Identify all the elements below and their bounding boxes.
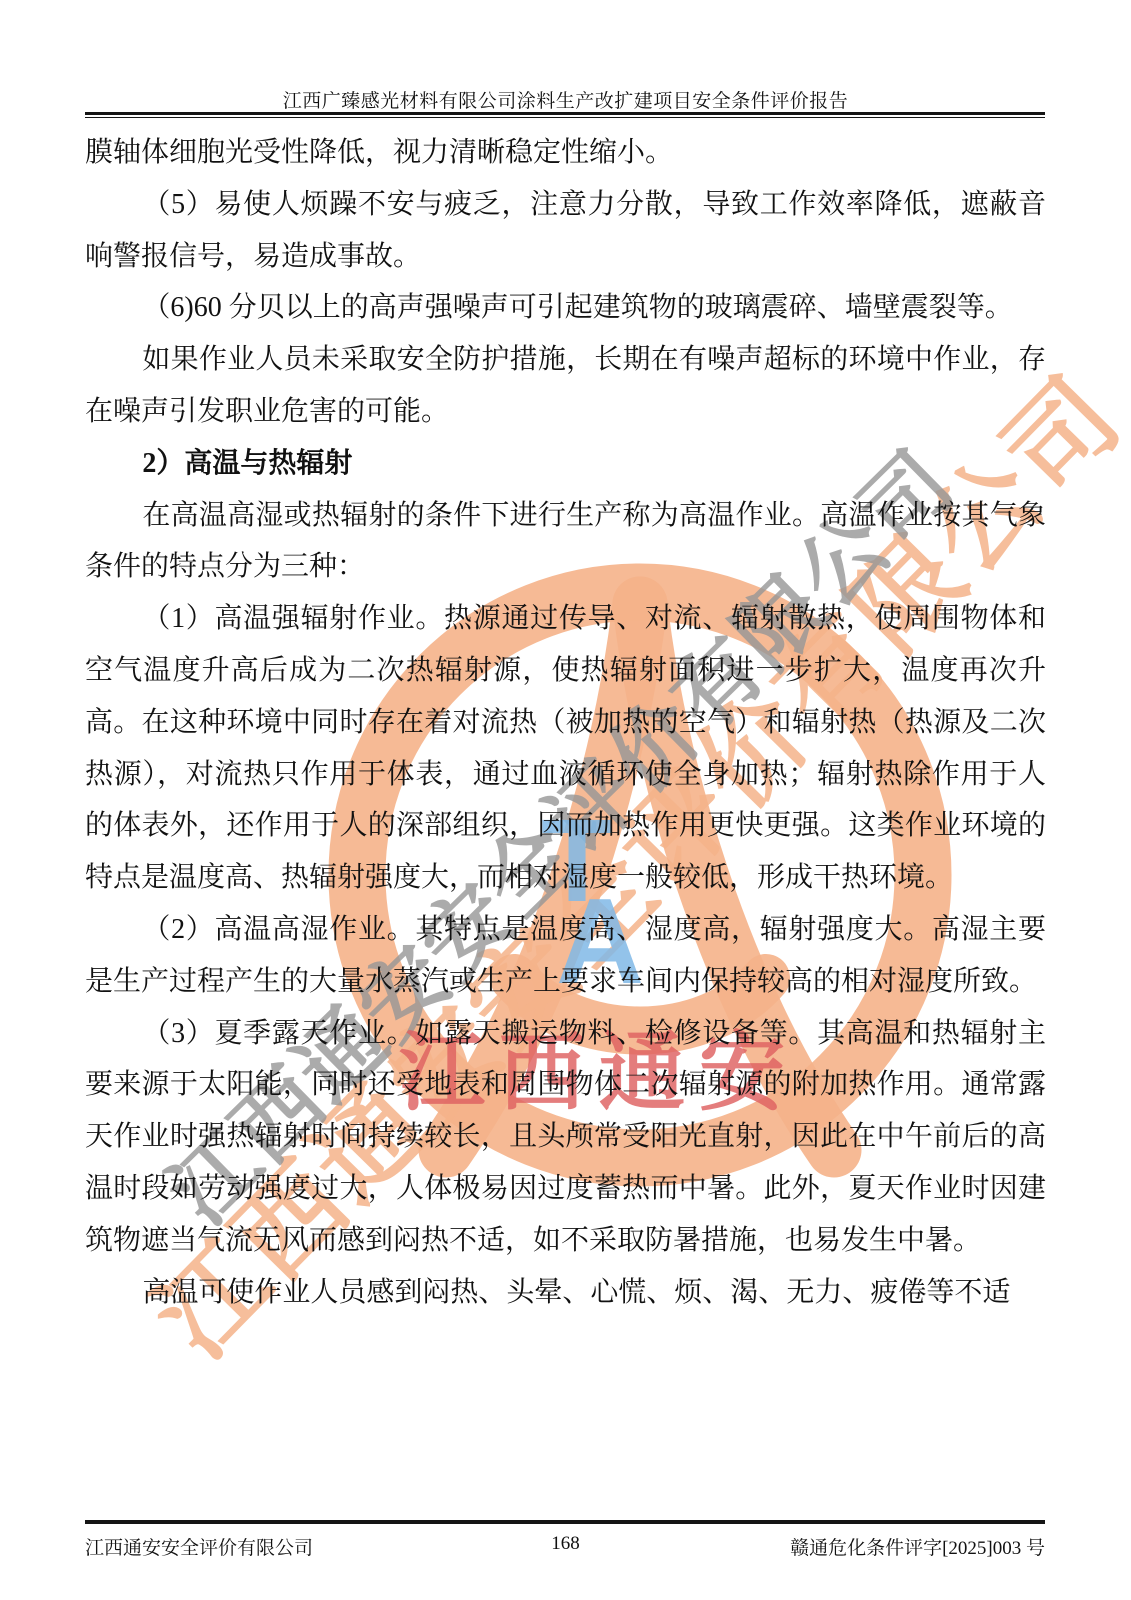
paragraph: （1）高温强辐射作业。热源通过传导、对流、辐射散热，使周围物体和空气温度升高后成…	[85, 593, 1046, 904]
footer-rule	[85, 1520, 1045, 1524]
footer-doc-number: 赣通危化条件评字[2025]003 号	[790, 1533, 1045, 1560]
footer-company: 江西通安安全评价有限公司	[85, 1533, 313, 1560]
header-rule-thin	[85, 117, 1045, 118]
document-content: 江西广臻感光材料有限公司涂料生产改扩建项目安全条件评价报告 膜轴体细胞光受性降低…	[0, 0, 1131, 1600]
paragraph: 在高温高湿或热辐射的条件下进行生产称为高温作业。高温作业按其气象条件的特点分为三…	[85, 490, 1046, 594]
paragraph: （2）高温高湿作业。其特点是温度高、湿度高，辐射强度大。高湿主要是生产过程产生的…	[85, 904, 1046, 1008]
paragraph: 膜轴体细胞光受性降低，视力清晰稳定性缩小。	[85, 127, 1046, 179]
page-header-title: 江西广臻感光材料有限公司涂料生产改扩建项目安全条件评价报告	[0, 86, 1131, 113]
paragraph: （6)60 分贝以上的高声强噪声可引起建筑物的玻璃震碎、墙壁震裂等。	[85, 282, 1046, 334]
section-heading: 2）高温与热辐射	[85, 438, 1046, 490]
paragraph: 高温可使作业人员感到闷热、头晕、心慌、烦、渴、无力、疲倦等不适	[85, 1267, 1046, 1319]
paragraph: （5）易使人烦躁不安与疲乏，注意力分散，导致工作效率降低，遮蔽音响警报信号，易造…	[85, 179, 1046, 283]
body-text: 膜轴体细胞光受性降低，视力清晰稳定性缩小。 （5）易使人烦躁不安与疲乏，注意力分…	[85, 127, 1046, 1318]
footer-row: 江西通安安全评价有限公司 赣通危化条件评字[2025]003 号	[85, 1533, 1045, 1560]
paragraph: 如果作业人员未采取安全防护措施，长期在有噪声超标的环境中作业，存在噪声引发职业危…	[85, 334, 1046, 438]
paragraph: （3）夏季露天作业。如露天搬运物料、检修设备等。其高温和热辐射主要来源于太阳能，…	[85, 1008, 1046, 1267]
header-rule-thick	[85, 112, 1045, 115]
report-page: 江西通安安全评价有限公司 江西通安安全评价有限公司 T A 江西通安 江西广臻感…	[0, 0, 1131, 1600]
